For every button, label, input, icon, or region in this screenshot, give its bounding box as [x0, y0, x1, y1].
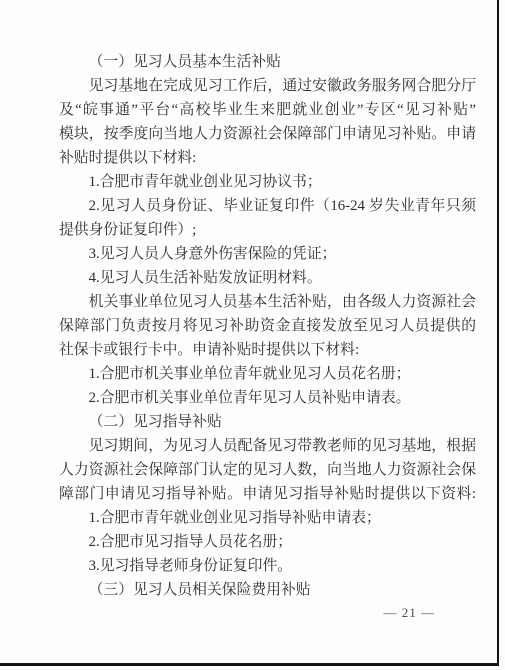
document-content: （一）见习人员基本生活补贴 见习基地在完成见习工作后，通过安徽政务服务网合肥分厅…: [59, 50, 476, 602]
page-number: — 21 —: [384, 605, 436, 620]
list-item-text: 1.合肥市青年就业创业见习协议书；: [59, 170, 476, 194]
list-item-2: 2.见习人员身份证、毕业证复印件（16-24 岁失业青年只须 提供身份证复印件）…: [59, 194, 476, 242]
paragraph-line: 机关事业单位见习人员基本生活补贴，由各级人力资源社会: [59, 290, 476, 314]
heading-text: （一）见习人员基本生活补贴: [59, 50, 476, 74]
paragraph-line: 社保卡或银行卡中。申请补贴时提供以下材料:: [59, 338, 476, 362]
list-item-text: 4.见习人员生活补贴发放证明材料。: [59, 266, 476, 290]
scan-edge-right-line: [497, 0, 499, 665]
list-item-teacher-id: 3.见习指导老师身份证复印件。: [59, 554, 476, 578]
list-item-1: 1.合肥市青年就业创业见习协议书；: [59, 170, 476, 194]
list-item-roster: 1.合肥市机关事业单位青年就业见习人员花名册；: [59, 362, 476, 386]
section-heading-1: （一）见习人员基本生活补贴: [59, 50, 476, 74]
paragraph-gov-unit-subsidy: 机关事业单位见习人员基本生活补贴，由各级人力资源社会 保障部门负责按月将见习补助…: [59, 290, 476, 362]
list-item-text: 3.见习人员人身意外伤害保险的凭证；: [59, 242, 476, 266]
paragraph-line: 补贴时提供以下材料:: [59, 146, 476, 170]
list-item-text: 2.合肥市见习指导人员花名册；: [59, 530, 476, 554]
list-item-text: 3.见习指导老师身份证复印件。: [59, 554, 476, 578]
section-heading-2: （二）见习指导补贴: [59, 410, 476, 434]
section-heading-3: （三）见习人员相关保险费用补贴: [59, 578, 476, 602]
list-item-4: 4.见习人员生活补贴发放证明材料。: [59, 266, 476, 290]
paragraph-line: 模块，按季度向当地人力资源社会保障部门申请见习补贴。申请: [59, 122, 476, 146]
list-item-guidance-form: 1.合肥市青年就业创业见习指导补贴申请表；: [59, 506, 476, 530]
list-item-application-form: 2.合肥市机关事业单位青年见习人员补贴申请表。: [59, 386, 476, 410]
list-item-3: 3.见习人员人身意外伤害保险的凭证；: [59, 242, 476, 266]
paragraph-apply-basic-subsidy: 见习基地在完成见习工作后，通过安徽政务服务网合肥分厅 及“皖事通”平台“高校毕业…: [59, 74, 476, 170]
heading-text: （三）见习人员相关保险费用补贴: [59, 578, 476, 602]
list-item-text: 2.合肥市机关事业单位青年见习人员补贴申请表。: [59, 386, 476, 410]
list-item-text: 1.合肥市机关事业单位青年就业见习人员花名册；: [59, 362, 476, 386]
scan-edge-bottom-line: [0, 663, 499, 666]
paragraph-line: 见习基地在完成见习工作后，通过安徽政务服务网合肥分厅: [59, 74, 476, 98]
list-item-text: 提供身份证复印件）;: [59, 218, 476, 242]
list-item-guidance-roster: 2.合肥市见习指导人员花名册；: [59, 530, 476, 554]
paragraph-guidance-subsidy: 见习期间，为见习人员配备见习带教老师的见习基地，根据 人力资源社会保障部门认定的…: [59, 434, 476, 506]
paragraph-line: 保障部门负责按月将见习补助资金直接发放至见习人员提供的: [59, 314, 476, 338]
paragraph-line: 人力资源社会保障部门认定的见习人数，向当地人力资源社会保: [59, 458, 476, 482]
scanned-document-page: （一）见习人员基本生活补贴 见习基地在完成见习工作后，通过安徽政务服务网合肥分厅…: [0, 0, 505, 670]
heading-text: （二）见习指导补贴: [59, 410, 476, 434]
paragraph-line: 及“皖事通”平台“高校毕业生来肥就业创业”专区“见习补贴”: [59, 98, 476, 122]
paragraph-line: 见习期间，为见习人员配备见习带教老师的见习基地，根据: [59, 434, 476, 458]
paragraph-line: 障部门申请见习指导补贴。申请见习指导补贴时提供以下资料:: [59, 482, 476, 506]
list-item-text: 2.见习人员身份证、毕业证复印件（16-24 岁失业青年只须: [59, 194, 476, 218]
list-item-text: 1.合肥市青年就业创业见习指导补贴申请表；: [59, 506, 476, 530]
